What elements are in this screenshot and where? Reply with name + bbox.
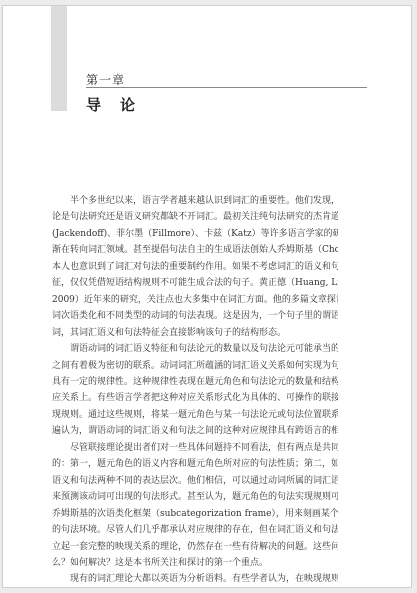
text-line: 现规则。通过这些规则，将某一题元角色与某一句法论元或句法位置联系起来。普 [52,407,338,423]
chapter-tab-marker [51,6,67,111]
text-line: 现有的词汇理论大都以英语为分析语料。有些学者认为，在映现规则上，语 [52,571,338,587]
text-line: 词次语类化和不同类型的动词的句法表现。这是因为，一个句子里的谓语动 [52,308,338,324]
chapter-title: 导 论 [86,94,137,115]
text-line: 词，其词汇语义和句法特征会直接影响该句子的结构形态。 [52,325,338,341]
text-line: 的句法环境。尽管人们几乎都承认对应规律的存在，但在词汇语义和句法之间建 [52,522,338,538]
text-line: 么？如何解决？这是本书所关注和探讨的第一个重点。 [52,555,338,571]
text-line: 2009）近年来的研究，关注点也大多集中在词汇方面。他的多篇文章探讨了动 [52,292,338,308]
text-line: 应关系上。有些语言学者把这种对应关系形式化为具体的、可操作的联接规则或映 [52,390,338,406]
text-line: 立起一套完整的映现关系的理论，仍然存在一些有待解决的问题。这些问题是什 [52,539,338,555]
body-text: 半个多世纪以来，语言学者越来越认识到词汇的重要性。他们发现，无论是句法研究还是语… [52,193,338,588]
text-line: 渐在转向词汇领域。甚至提倡句法自主的生成语法创始人乔姆斯基（Chomsky） [52,242,338,258]
chapter-divider [86,87,367,88]
text-line: 语义和句法两种不同的表达层次。他们相信，可以通过动词所属的词汇语义类型 [52,473,338,489]
text-line: 之间有着极为密切的联系。动词词汇所蕴涵的词汇语义关系如何实现为句法表达式， [52,358,338,374]
text-line: (Jackendoff)、菲尔墨（Fillmore）、卡兹（Katz）等许多语言… [52,226,338,242]
text-line: 征，仅仅凭借短语结构规则不可能生成合法的句子。黄正德（Huang, Li & L… [52,275,338,291]
text-line: 的：第一，题元角色的语义内容和题元角色所对应的句法性质；第二，如何定义 [52,456,338,472]
text-line: 具有一定的规律性。这种规律性表现在题元角色和句法论元的数量和结构顺序的对 [52,374,338,390]
text-line: 半个多世纪以来，语言学者越来越认识到词汇的重要性。他们发现，无 [52,193,338,209]
text-line: 来预测该动词可出现的句法形式。甚至认为，题元角色的句法实现规则可以取代 [52,489,338,505]
text-line: 本人也意识到了词汇对句法的重要制约作用。如果不考虑词汇的语义和句法特 [52,259,338,275]
text-line: 尽管联接理论提出者们对一些具体问题持不同看法，但有两点是共同关注 [52,440,338,456]
chapter-number: 第一章 [86,71,125,88]
text-line: 乔姆斯基的次语类化框架（subcategorization frame），用来刻… [52,506,338,522]
text-line: 遍认为，谓语动词的词汇语义和句法之间的这种对应规律具有跨语言的相似性。 [52,423,338,439]
text-line: 论是句法研究还是语义研究都缺不开词汇。最初关注纯句法研究的杰肯道夫 [52,209,338,225]
text-line: 谓语动词的词汇语义特征和句法论元的数量以及句法论元可能承当的题元角色 [52,341,338,357]
